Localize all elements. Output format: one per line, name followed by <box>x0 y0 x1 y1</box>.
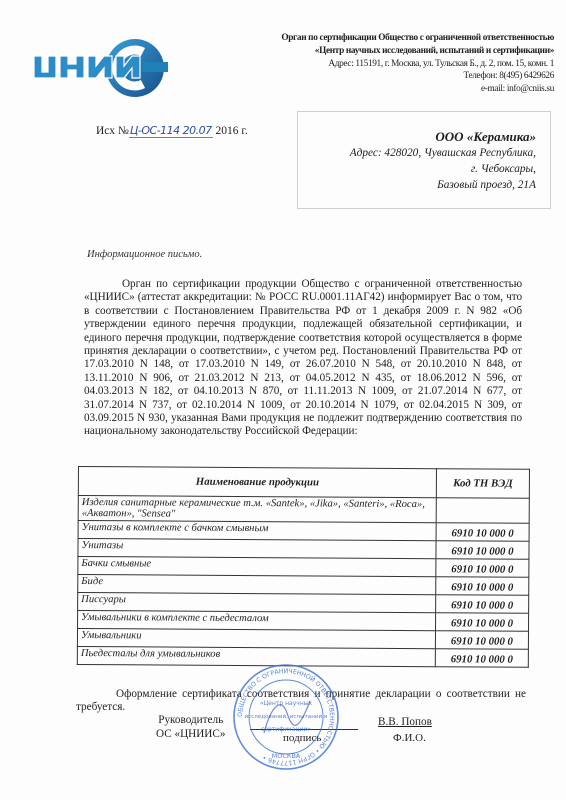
addressee-box: ООО «Керамика» Адрес: 428020, Чувашская … <box>297 111 551 209</box>
column-header-product: Наименование продукции <box>78 467 436 498</box>
document-page: Орган по сертификации Общество с огранич… <box>0 0 566 800</box>
svg-text:ОБЩЕСТВО С ОГРАНИЧЕННОЙ ОТВЕТС: ОБЩЕСТВО С ОГРАНИЧЕННОЙ ОТВЕТСТВЕННОСТЬЮ… <box>237 668 335 766</box>
org-name-line2: «Центр научных исследований, испытаний и… <box>234 45 554 58</box>
org-phone: Телефон: 8(495) 6429626 <box>234 70 554 83</box>
addressee-line: Базовый проезд, 21А <box>350 177 536 193</box>
tn-ved-code-cell: 6910 10 000 0 <box>436 577 529 596</box>
signer-role: Руководитель ОС «ЦНИИС» <box>156 714 225 741</box>
addressee-name: ООО «Керамика» <box>350 129 536 145</box>
product-name-cell: Пьедесталы для умывальников <box>77 646 435 666</box>
org-header: Орган по сертификации Общество с огранич… <box>234 32 554 96</box>
signature-caption: подпись <box>283 732 321 744</box>
signer-name-caption: Ф.И.О. <box>393 732 426 744</box>
tn-ved-code-cell: 6910 10 000 0 <box>435 631 528 650</box>
outgoing-label: Исх № <box>96 125 129 137</box>
addressee-line: Адрес: 428020, Чувашская Республика, <box>350 145 536 161</box>
signer-name: В.В. Попов <box>378 716 432 728</box>
svg-text:МОСКВА: МОСКВА <box>272 752 301 760</box>
signer-role-line2: ОС «ЦНИИС» <box>156 728 225 742</box>
closing-text-content: Оформление сертификата соответствия и пр… <box>76 688 526 713</box>
table-row: Пьедесталы для умывальников6910 10 000 0 <box>77 646 528 667</box>
letter-body: Орган по сертификации продукции Общество… <box>84 278 522 439</box>
official-stamp: ОБЩЕСТВО С ОГРАНИЧЕННОЙ ОТВЕТСТВЕННОСТЬЮ… <box>232 663 340 771</box>
org-address: Адрес: 115191, г. Москва, ул. Тульская Б… <box>234 58 554 71</box>
org-name-line1: Орган по сертификации Общество с огранич… <box>234 32 554 45</box>
table-row: Изделия санитарные керамические т.м. «Sa… <box>78 496 529 524</box>
table-header-row: Наименование продукции Код ТН ВЭД <box>78 467 529 499</box>
tn-ved-code-cell <box>436 498 529 524</box>
product-name-cell: Умывальники в комплекте с пьедесталом <box>78 611 436 631</box>
letter-body-text: Орган по сертификации продукции Общество… <box>84 278 522 437</box>
product-name-cell: Унитазы в комплекте с бачком смывным <box>78 521 436 541</box>
product-name-cell: Писсуары <box>78 593 436 613</box>
signer-role-line1: Руководитель <box>156 714 225 728</box>
tn-ved-code-cell: 6910 10 000 0 <box>436 559 529 578</box>
tn-ved-code-cell: 6910 10 000 0 <box>436 541 529 560</box>
closing-text: Оформление сертификата соответствия и пр… <box>76 688 526 715</box>
product-name-cell: Изделия санитарные керамические т.м. «Sa… <box>78 496 436 523</box>
product-name-cell: Умывальники <box>77 629 435 649</box>
tn-ved-code-cell: 6910 10 000 0 <box>435 649 528 668</box>
cniis-logo <box>30 38 180 98</box>
letter-subject: Информационное письмо. <box>87 249 202 260</box>
outgoing-year: 2016 г. <box>216 125 248 137</box>
tn-ved-code-cell: 6910 10 000 0 <box>436 595 529 614</box>
product-name-cell: Бачки смывные <box>78 557 436 577</box>
outgoing-number: Исх №Ц-ОС-114 20.07 2016 г. <box>96 124 248 137</box>
column-header-code: Код ТН ВЭД <box>436 469 529 499</box>
products-table: Наименование продукции Код ТН ВЭД Издели… <box>77 466 530 668</box>
outgoing-handwritten: Ц-ОС-114 20.07 <box>129 124 213 138</box>
product-name-cell: Биде <box>78 575 436 595</box>
tn-ved-code-cell: 6910 10 000 0 <box>436 523 529 542</box>
org-email: e-mail: info@cniis.su <box>234 83 554 96</box>
signature-line <box>250 729 358 730</box>
product-name-cell: Унитазы <box>78 539 436 559</box>
addressee-line: г. Чебоксары, <box>350 161 536 177</box>
tn-ved-code-cell: 6910 10 000 0 <box>436 613 529 632</box>
